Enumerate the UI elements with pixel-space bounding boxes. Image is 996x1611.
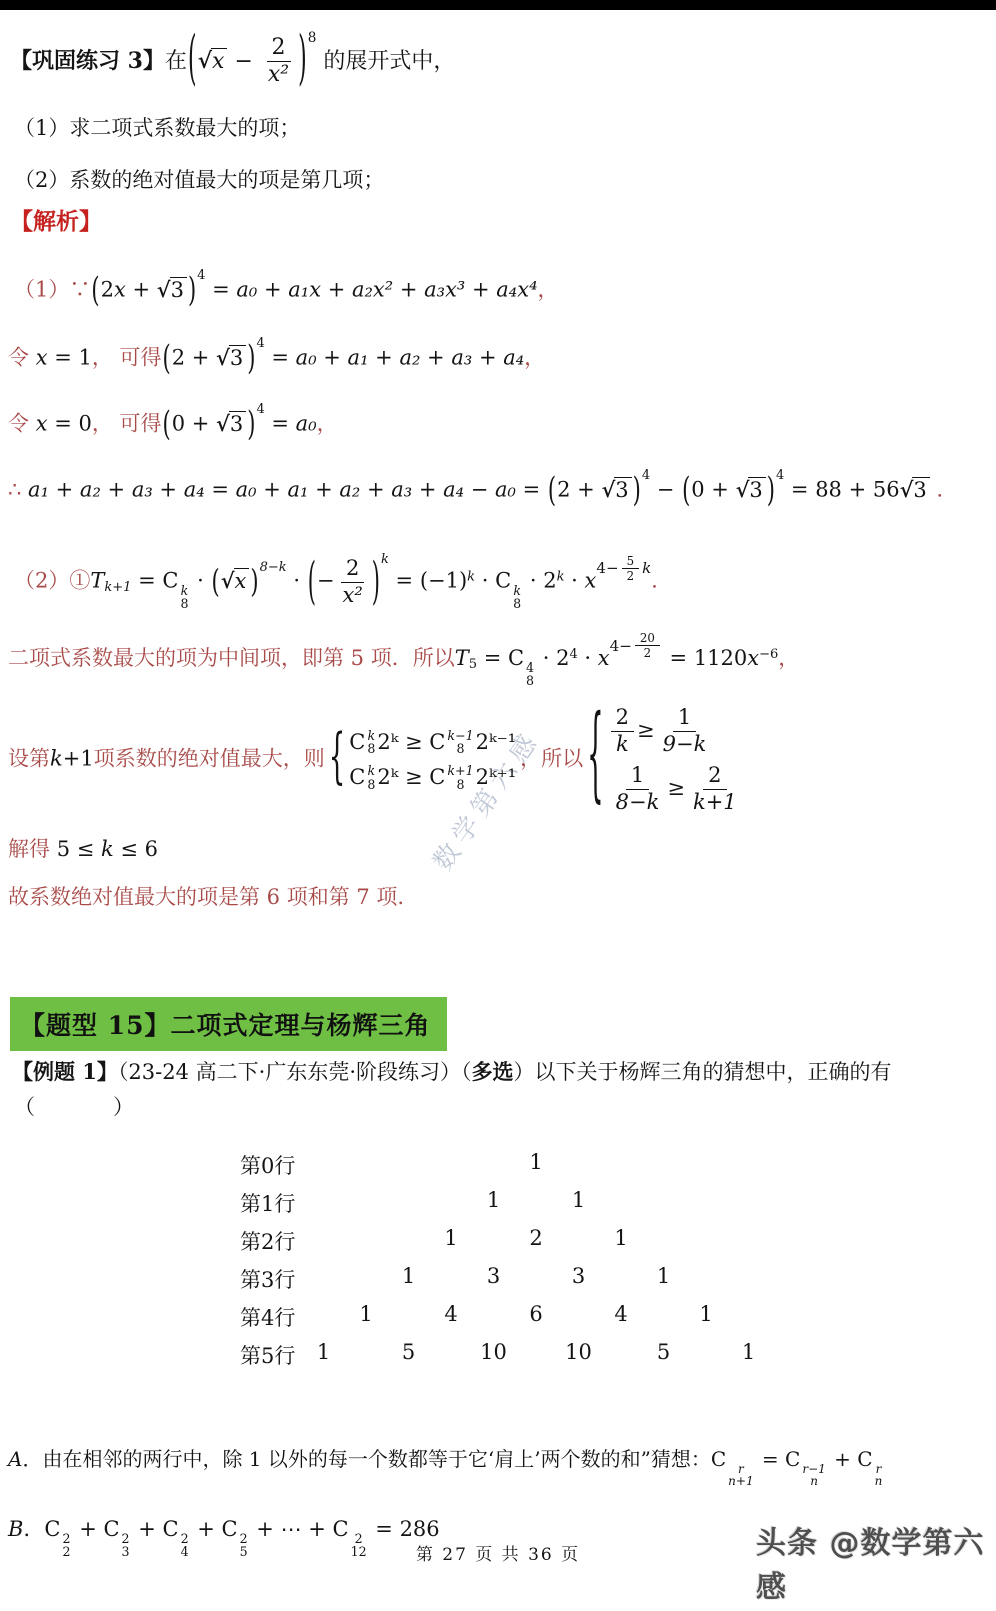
pascal-number: 10 — [565, 1340, 592, 1364]
text-run: 2 — [101, 278, 114, 302]
text-run: = — [265, 346, 296, 370]
text-run: = — [265, 412, 296, 436]
text-run: 2 + — [557, 478, 601, 502]
text-run: ．C — [23, 1517, 60, 1541]
worksheet-page: 数学第六感 【巩固练习 3】在(√x − 2x²)8 的展开式中， （1）求二项… — [0, 0, 996, 1611]
radical-sign: √ — [221, 568, 234, 593]
text-run: 【例题 1】 — [12, 1059, 118, 1084]
pascal-row: 第0行1 — [0, 1150, 996, 1188]
text-run: ，所以 — [520, 747, 583, 771]
big-paren: ( — [547, 469, 557, 513]
script: 5 — [469, 657, 477, 672]
solution-line-5: （2）①Tk+1 = Ck8 · (√x)8−k · (−2x²)k = (−1… — [14, 552, 672, 610]
text-run: + C — [828, 1447, 873, 1471]
script: 4 — [569, 647, 577, 662]
text-run: ． — [930, 478, 958, 502]
pascal-number: 1 — [317, 1340, 330, 1364]
pascal-number: 1 — [614, 1226, 627, 1250]
pascal-number: 1 — [699, 1302, 712, 1326]
text-run: 二项式系数最大的项为中间项，即第 5 项．所以 — [8, 646, 455, 670]
text-run: · — [564, 569, 584, 593]
text-run: = C — [131, 569, 178, 593]
script: k — [381, 552, 389, 567]
text-run: （23-24 高二下·广东东莞·阶段练习）（ — [118, 1060, 472, 1084]
sqrt: √3 — [736, 478, 766, 502]
big-paren: ( — [90, 269, 100, 313]
pascal-number: 1 — [359, 1302, 372, 1326]
text-run: 项系数的绝对值最大，则 — [94, 747, 325, 771]
big-paren: ( — [681, 469, 691, 513]
text-run: a₀ + a₁ + a₂ + a₃ + a₄ − a₀ — [236, 478, 516, 502]
fraction: 2x² — [263, 36, 294, 88]
pascal-number: 3 — [487, 1264, 500, 1288]
solution-line-8: 解得 5 ≤ k ≤ 6 — [8, 836, 158, 863]
superscript-subscript: rn+1 — [728, 1463, 753, 1488]
text-run: · — [287, 569, 307, 593]
text-run: ． — [651, 569, 672, 593]
text-run: + — [126, 278, 157, 302]
text-run: + C — [191, 1517, 238, 1541]
text-run: − — [317, 569, 335, 593]
text-run: ≥ — [667, 775, 685, 802]
superscript-subscript: k8 — [513, 584, 521, 610]
pascal-number: 1 — [529, 1150, 542, 1174]
pascal-row: 第3行1331 — [0, 1264, 996, 1302]
text-run: = — [516, 478, 547, 502]
pascal-row: 第2行121 — [0, 1226, 996, 1264]
radical-sign: √ — [157, 277, 170, 302]
radical-sign: √ — [216, 411, 229, 436]
text-run: x — [36, 346, 48, 370]
text-run: 0 + — [691, 478, 735, 502]
text-run: + ⋯ + C — [250, 1517, 349, 1541]
big-paren: ) — [246, 337, 256, 381]
solution-line-6: 二项式系数最大的项为中间项，即第 5 项．所以T5 = C48 · 24 · x… — [8, 632, 799, 687]
superscript-subscript: k−18 — [447, 729, 473, 755]
text-run: k — [101, 837, 114, 861]
superscript-subscript: 48 — [526, 661, 534, 687]
text-run: 2ᵏ ≥ C — [377, 729, 445, 756]
toutiao-watermark: 头条 @数学第六感 — [756, 1518, 996, 1606]
pascal-row-label: 第1行 — [240, 1188, 295, 1218]
text-run: 在 — [165, 49, 187, 74]
superscript-subscript: r−1n — [802, 1463, 825, 1488]
pascal-number: 10 — [480, 1340, 507, 1364]
exponent-group: 4−52k — [596, 555, 651, 583]
sqrt: √3 — [216, 412, 246, 436]
text-run: = 0 — [48, 412, 92, 436]
text-run: 令 — [8, 346, 36, 370]
pascal-number: 5 — [657, 1340, 670, 1364]
pascal-row: 第4行14641 — [0, 1302, 996, 1340]
exponent-group: 4−202 — [610, 632, 663, 660]
fraction: 202 — [635, 632, 660, 660]
pascal-number: 1 — [444, 1226, 457, 1250]
text-run: ≤ 6 — [114, 837, 158, 861]
equation-row: Ck82ᵏ ≥ Ck−182ᵏ⁻¹ — [349, 729, 516, 756]
brace: { — [587, 693, 604, 826]
script: k+1 — [104, 580, 131, 595]
brace: { — [329, 721, 346, 799]
radical-sign: √ — [736, 477, 749, 502]
equation-system: {2k ≥ 19−k18−k ≥ 2k+1 — [587, 706, 745, 814]
text-run: ， 可得 — [92, 412, 162, 436]
text-run: · C — [475, 569, 511, 593]
text-run: x — [598, 646, 610, 670]
text-run: 0 + — [172, 412, 216, 436]
text-run: x — [747, 646, 759, 670]
fraction: 18−k — [611, 764, 665, 814]
big-paren: ( — [307, 549, 317, 615]
sqrt: √x — [198, 49, 228, 74]
script: k — [467, 570, 475, 585]
big-paren: ( — [187, 23, 198, 100]
superscript-subscript: k8 — [367, 729, 375, 755]
text-run: ， — [537, 278, 558, 302]
text-run: = — [205, 278, 236, 302]
text-run: C — [349, 729, 365, 756]
text-run: k — [50, 747, 63, 771]
big-paren: ) — [187, 269, 197, 313]
equation-row: 2k ≥ 19−k — [608, 706, 745, 756]
text-run: 2ᵏ⁺¹ — [476, 764, 517, 791]
text-run: − — [650, 478, 681, 502]
top-black-bar — [0, 0, 996, 10]
question-1: （1）求二项式系数最大的项； — [14, 115, 300, 142]
pascal-number: 3 — [572, 1264, 585, 1288]
pascal-row-label: 第0行 — [240, 1150, 295, 1180]
text-run: ， — [524, 346, 545, 370]
text-run: 【巩固练习 3】 — [10, 48, 165, 74]
script: 4 — [776, 468, 784, 483]
text-run: x — [36, 412, 48, 436]
text-run: = (−1) — [389, 569, 467, 593]
text-run: + C — [73, 1517, 120, 1541]
text-run: x — [584, 569, 596, 593]
solution-line-3: 令 x = 0， 可得(0 + √3)4 = a₀， — [8, 402, 338, 439]
text-run: · — [191, 569, 211, 593]
pascal-number: 4 — [614, 1302, 627, 1326]
text-run: a₀ + a₁x + a₂x² + a₃x³ + a₄x⁴ — [236, 278, 537, 302]
text-run: − — [227, 49, 259, 74]
pascal-row: 第1行11 — [0, 1188, 996, 1226]
fraction: 2k+1 — [688, 764, 742, 814]
text-run: = 286 — [369, 1517, 440, 1541]
text-run: = 88 + 56 — [784, 478, 899, 502]
text-run: a₁ + a₂ + a₃ + a₄ — [28, 478, 205, 502]
big-paren: ) — [371, 549, 381, 615]
sqrt: √3 — [601, 478, 631, 502]
pascal-triangle: 第0行1第1行11第2行121第3行1331第4行14641第5行1510105… — [0, 1150, 996, 1378]
text-run: T — [90, 569, 104, 593]
equation-row: 18−k ≥ 2k+1 — [608, 764, 745, 814]
sqrt: √x — [221, 569, 250, 593]
pascal-row-label: 第3行 — [240, 1264, 295, 1294]
big-paren: ( — [162, 403, 172, 447]
text-run: （2）系数的绝对值最大的项是第几项； — [14, 168, 384, 192]
option-a: A．由在相邻的两行中，除 1 以外的每一个数都等于它‘肩上’两个数的和”猜想：C… — [8, 1446, 884, 1488]
text-run: ， 可得 — [92, 346, 162, 370]
text-run: ．由在相邻的两行中，除 1 以外的每一个数都等于它‘肩上’两个数的和”猜想： — [22, 1447, 710, 1471]
text-run: （ — [14, 1095, 35, 1119]
text-run: 多选 — [472, 1059, 514, 1084]
solution-line-1: （1）∵(2x + √3)4 = a₀ + a₁x + a₂x² + a₃x³ … — [14, 268, 558, 305]
text-run: ， — [778, 646, 799, 670]
text-run: = — [205, 478, 236, 502]
text-run: ） — [113, 1095, 134, 1119]
big-paren: ( — [162, 337, 172, 381]
superscript-subscript: rn — [875, 1463, 883, 1488]
radical-sign: √ — [601, 477, 614, 502]
text-run: C — [711, 1447, 726, 1471]
solution-line-2: 令 x = 1， 可得(2 + √3)4 = a₀ + a₁ + a₂ + a₃… — [8, 336, 545, 373]
text-run: ∴ — [8, 478, 28, 502]
pascal-number: 5 — [402, 1340, 415, 1364]
text-run: · 2 — [536, 646, 569, 670]
text-run: 5 ≤ — [57, 837, 101, 861]
big-paren: ( — [211, 562, 221, 603]
pascal-number: 1 — [487, 1188, 500, 1212]
problem-title: 【巩固练习 3】在(√x − 2x²)8 的展开式中， — [10, 30, 455, 88]
text-run: = C — [477, 646, 524, 670]
text-run: （1）求二项式系数最大的项； — [14, 116, 300, 140]
sqrt: √3 — [157, 278, 187, 302]
text-run: a₀ + a₁ + a₂ + a₃ + a₄ — [296, 346, 524, 370]
pascal-row-label: 第5行 — [240, 1340, 295, 1370]
script: 8 — [308, 30, 317, 46]
radical-sign: √ — [900, 477, 913, 502]
text-run: ≥ — [637, 717, 655, 744]
question-2: （2）系数的绝对值最大的项是第几项； — [14, 167, 384, 194]
text-run: 2ᵏ ≥ C — [377, 764, 445, 791]
superscript-subscript: k8 — [180, 584, 188, 610]
text-run: C — [349, 764, 365, 791]
pascal-row-label: 第4行 — [240, 1302, 295, 1332]
text-run: = 1120 — [663, 646, 747, 670]
sqrt: √3 — [900, 478, 930, 502]
text-run: a₀ — [296, 412, 317, 436]
example-intro: 【例题 1】（23-24 高二下·广东东莞·阶段练习）（多选）以下关于杨辉三角的… — [12, 1058, 892, 1086]
text-run: + C — [132, 1517, 179, 1541]
equation-system: {Ck82ᵏ ≥ Ck−182ᵏ⁻¹Ck82ᵏ ≥ Ck+182ᵏ⁺¹ — [329, 729, 516, 792]
text-run: ， — [317, 412, 338, 436]
text-run: 2ᵏ⁻¹ — [476, 729, 517, 756]
fraction: 2k — [611, 706, 634, 756]
script: −6 — [759, 647, 778, 662]
solution-line-7: 设第k+1项系数的绝对值最大，则{Ck82ᵏ ≥ Ck−182ᵏ⁻¹Ck82ᵏ … — [8, 706, 749, 814]
big-paren: ) — [249, 562, 259, 603]
text-run: T — [455, 646, 469, 670]
text-run: · 2 — [523, 569, 556, 593]
radical-sign: √ — [216, 345, 229, 370]
fraction: 2x² — [338, 557, 368, 607]
pascal-number: 1 — [572, 1188, 585, 1212]
big-paren: ) — [766, 469, 776, 513]
big-paren: ) — [632, 469, 642, 513]
fraction: 52 — [622, 555, 640, 583]
topic-heading: 【题型 15】二项式定理与杨辉三角 — [10, 997, 447, 1051]
radical-sign: √ — [198, 48, 211, 74]
script: 4 — [256, 336, 264, 351]
fraction: 19−k — [658, 706, 712, 756]
text-run: 的展开式中， — [316, 49, 455, 74]
text-run: （2）① — [14, 569, 90, 593]
text-run: · — [578, 646, 598, 670]
pascal-row: 第5行15101051 — [0, 1340, 996, 1378]
text-run: 解得 — [8, 837, 57, 861]
text-run: x — [114, 278, 126, 302]
script: 4 — [256, 402, 264, 417]
analysis-label: 【解析】 — [10, 203, 102, 236]
text-run: ）以下关于杨辉三角的猜想中，正确的有 — [514, 1060, 892, 1084]
text-run: = 1 — [48, 346, 92, 370]
equation-row: Ck82ᵏ ≥ Ck+182ᵏ⁺¹ — [349, 764, 516, 791]
pascal-number: 2 — [529, 1226, 542, 1250]
superscript-subscript: k8 — [367, 764, 375, 790]
pascal-number: 1 — [742, 1340, 755, 1364]
solution-line-4: ∴ a₁ + a₂ + a₃ + a₄ = a₀ + a₁ + a₂ + a₃ … — [8, 468, 957, 505]
big-paren: ) — [297, 23, 308, 100]
script: 4 — [642, 468, 650, 483]
pascal-number: 1 — [402, 1264, 415, 1288]
pascal-number: 1 — [657, 1264, 670, 1288]
text-run: = C — [756, 1447, 801, 1471]
text-run: （1）∵ — [14, 278, 90, 302]
pascal-number: 4 — [444, 1302, 457, 1326]
text-run: B — [8, 1517, 23, 1541]
text-run: A — [8, 1447, 22, 1471]
text-run: +1 — [63, 747, 94, 771]
superscript-subscript: k+18 — [447, 764, 473, 790]
text-run: 设第 — [8, 747, 50, 771]
pascal-row-label: 第2行 — [240, 1226, 295, 1256]
text-run: 故系数绝对值最大的项是第 6 项和第 7 项. — [8, 885, 404, 909]
solution-line-9: 故系数绝对值最大的项是第 6 项和第 7 项. — [8, 884, 404, 911]
text-run: 令 — [8, 412, 36, 436]
answer-blank: （） — [14, 1094, 134, 1121]
big-paren: ) — [246, 403, 256, 447]
pascal-number: 6 — [529, 1302, 542, 1326]
script: 8−k — [260, 560, 287, 575]
text-run: 2 + — [172, 346, 216, 370]
sqrt: √3 — [216, 346, 246, 370]
